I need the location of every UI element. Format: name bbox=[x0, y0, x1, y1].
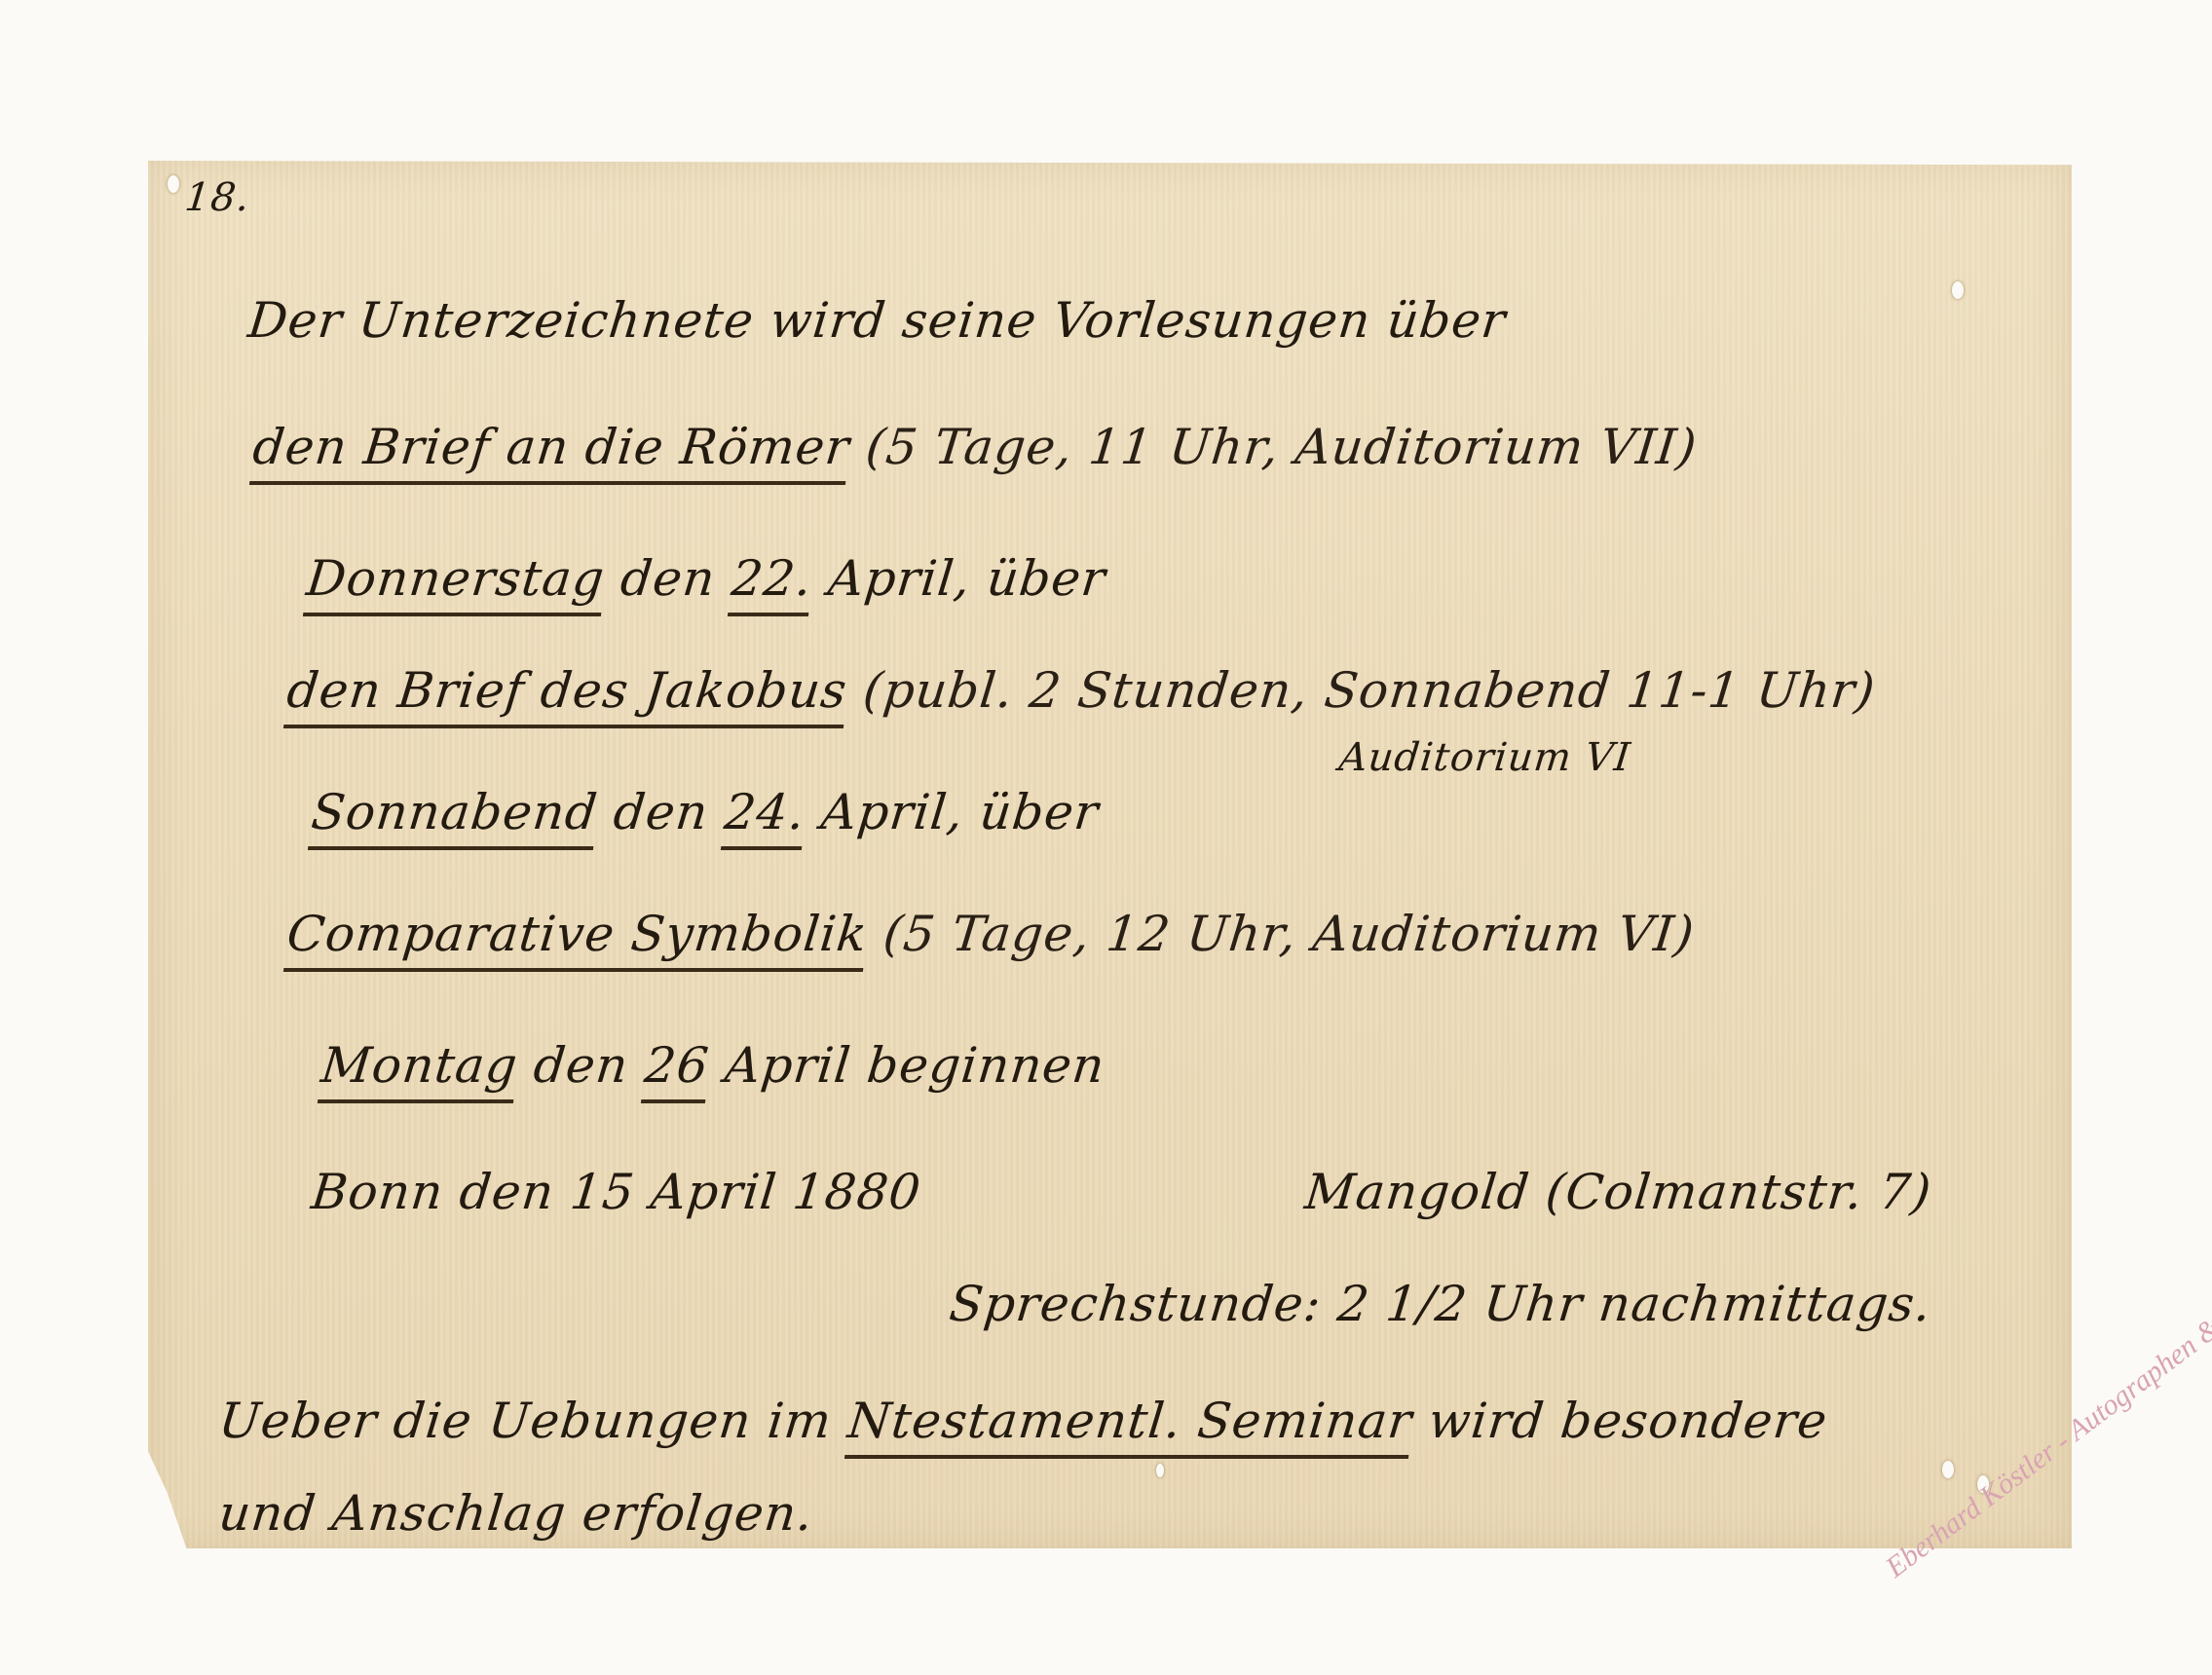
paper-hole bbox=[1942, 1461, 1954, 1478]
paper-hole bbox=[1156, 1464, 1164, 1477]
course-title-symbolik: Comparative Symbolik bbox=[283, 906, 871, 972]
start-text: April beginnen bbox=[723, 1037, 1108, 1094]
line-seminar: Ueber die Uebungen im Ntestamentl. Semin… bbox=[216, 1393, 1830, 1449]
date-24: 24. bbox=[721, 784, 808, 850]
auditorium-note-james: Auditorium VI bbox=[1337, 735, 1633, 780]
month-text: April, über bbox=[818, 784, 1102, 840]
seminar-intro: Ueber die Uebungen im bbox=[216, 1393, 835, 1449]
line-thursday: Donnerstag den 22. April, über bbox=[304, 550, 1108, 607]
article: den bbox=[611, 784, 711, 840]
weekday-saturday: Sonnabend bbox=[308, 784, 601, 850]
line-closing: und Anschlag erfolgen. bbox=[216, 1485, 816, 1542]
paper-hole bbox=[168, 175, 179, 193]
seminar-rest: wird besondere bbox=[1426, 1393, 1830, 1449]
course-title-james: den Brief des Jakobus bbox=[283, 662, 850, 728]
manuscript-sheet bbox=[148, 161, 2072, 1548]
line-saturday: Sonnabend den 24. April, über bbox=[309, 784, 1102, 840]
line-symbolik: Comparative Symbolik (5 Tage, 12 Uhr, Au… bbox=[284, 906, 1698, 962]
signature-block: Mangold (Colmantstr. 7) bbox=[1302, 1164, 1934, 1220]
page-number: 18. bbox=[183, 175, 252, 220]
paper-hole bbox=[1952, 281, 1964, 299]
course-details-james: (publ. 2 Stunden, Sonnabend 11-1 Uhr) bbox=[860, 662, 1878, 719]
course-details-romans: (5 Tage, 11 Uhr, Auditorium VII) bbox=[863, 419, 1700, 475]
seminar-title: Ntestamentl. Seminar bbox=[844, 1393, 1415, 1459]
place-date: Bonn den 15 April 1880 bbox=[309, 1164, 924, 1220]
line-romans: den Brief an die Römer (5 Tage, 11 Uhr, … bbox=[250, 419, 1700, 475]
weekday-thursday: Donnerstag bbox=[303, 550, 608, 616]
date-22: 22. bbox=[728, 550, 815, 616]
office-hours: Sprechstunde: 2 1/2 Uhr nachmittags. bbox=[947, 1276, 1934, 1332]
signature: Mangold bbox=[1302, 1164, 1532, 1220]
line-monday: Montag den 26 April beginnen bbox=[319, 1037, 1107, 1094]
weekday-monday: Montag bbox=[318, 1037, 521, 1103]
line-intro: Der Unterzeichnete wird seine Vorlesunge… bbox=[245, 292, 1509, 349]
line-james: den Brief des Jakobus (publ. 2 Stunden, … bbox=[284, 662, 1878, 719]
date-26: 26 bbox=[641, 1037, 712, 1103]
course-title-romans: den Brief an die Römer bbox=[249, 419, 853, 485]
article: den bbox=[531, 1037, 631, 1094]
month-text: April, über bbox=[826, 550, 1109, 607]
course-details-symbolik: (5 Tage, 12 Uhr, Auditorium VI) bbox=[881, 906, 1697, 962]
address: (Colmantstr. 7) bbox=[1543, 1164, 1934, 1220]
article: den bbox=[619, 550, 719, 607]
